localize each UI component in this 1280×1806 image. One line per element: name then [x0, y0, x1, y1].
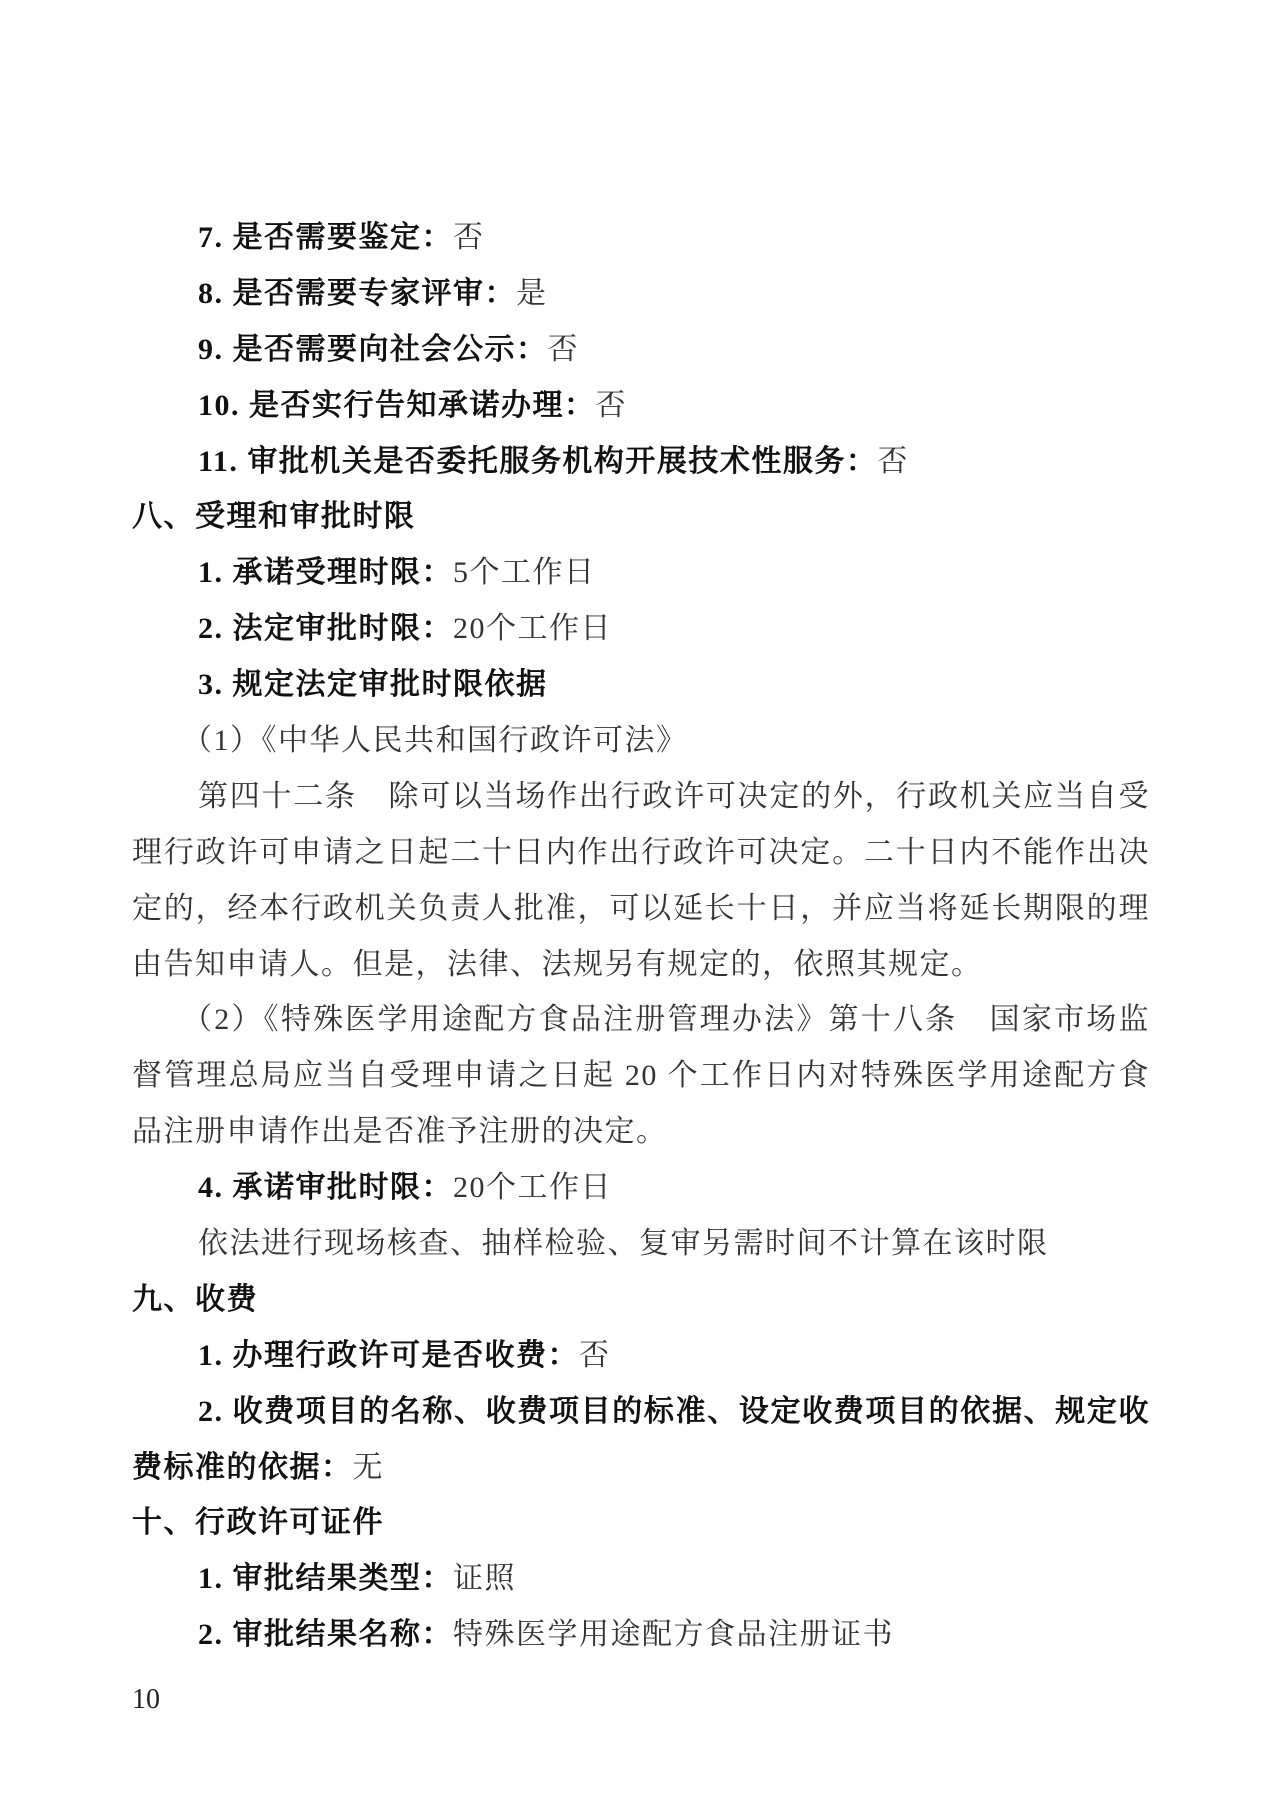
value-text: 否: [877, 445, 909, 478]
doc-line: 十、行政许可证件: [132, 1495, 1150, 1551]
label-text: 八、受理和审批时限: [132, 500, 416, 533]
label-text: 10. 是否实行告知承诺办理：: [198, 389, 596, 422]
doc-line: 2. 法定审批时限：20个工作日: [132, 601, 1150, 657]
value-text: 由告知申请人。但是，法律、法规另有规定的，依照其规定。: [132, 948, 983, 981]
doc-line: 1. 承诺受理时限：5个工作日: [132, 545, 1150, 601]
value-text: 否: [579, 1339, 611, 1372]
doc-line: 依法进行现场核查、抽样检验、复审另需时间不计算在该时限: [132, 1216, 1150, 1272]
doc-line: 九、收费: [132, 1272, 1150, 1328]
document-page: 7. 是否需要鉴定：否8. 是否需要专家评审：是9. 是否需要向社会公示：否10…: [0, 0, 1280, 1806]
label-text: 1. 办理行政许可是否收费：: [198, 1339, 579, 1372]
doc-line: 由告知申请人。但是，法律、法规另有规定的，依照其规定。: [132, 937, 1150, 993]
value-text: 依法进行现场核查、抽样检验、复审另需时间不计算在该时限: [198, 1227, 1049, 1260]
value-text: 证照: [453, 1562, 516, 1595]
value-text: 特殊医学用途配方食品注册证书: [453, 1618, 894, 1651]
label-text: 2. 法定审批时限：: [198, 612, 453, 645]
label-text: 2. 收费项目的名称、收费项目的标准、设定收费项目的依据、规定收: [198, 1395, 1150, 1428]
doc-line: 第四十二条 除可以当场作出行政许可决定的外，行政机关应当自受: [132, 769, 1150, 825]
doc-line: 2. 收费项目的名称、收费项目的标准、设定收费项目的依据、规定收: [132, 1384, 1150, 1440]
doc-line: 3. 规定法定审批时限依据: [132, 657, 1150, 713]
value-text: 无: [353, 1451, 385, 1484]
doc-line: 1. 审批结果类型：证照: [132, 1551, 1150, 1607]
doc-line: （1）《中华人民共和国行政许可法》: [132, 713, 1150, 769]
doc-line: 9. 是否需要向社会公示：否: [132, 322, 1150, 378]
doc-line: 1. 办理行政许可是否收费：否: [132, 1328, 1150, 1384]
value-text: 督管理总局应当自受理申请之日起 20 个工作日内对特殊医学用途配方食: [132, 1059, 1150, 1092]
doc-line: 费标准的依据：无: [132, 1440, 1150, 1496]
label-text: 九、收费: [132, 1283, 258, 1316]
doc-line: 定的，经本行政机关负责人批准，可以延长十日，并应当将延长期限的理: [132, 881, 1150, 937]
value-text: 否: [453, 221, 485, 254]
value-text: 20个工作日: [453, 1171, 612, 1204]
label-text: 3. 规定法定审批时限依据: [198, 668, 548, 701]
label-text: 8. 是否需要专家评审：: [198, 277, 516, 310]
doc-line: 2. 审批结果名称：特殊医学用途配方食品注册证书: [132, 1607, 1150, 1663]
label-text: 9. 是否需要向社会公示：: [198, 333, 548, 366]
label-text: 7. 是否需要鉴定：: [198, 221, 453, 254]
doc-line: 品注册申请作出是否准予注册的决定。: [132, 1104, 1150, 1160]
value-text: 5个工作日: [453, 556, 596, 589]
label-text: 费标准的依据：: [132, 1451, 353, 1484]
value-text: 第四十二条 除可以当场作出行政许可决定的外，行政机关应当自受: [198, 780, 1150, 813]
value-text: 否: [596, 389, 628, 422]
doc-line: 11. 审批机关是否委托服务机构开展技术性服务：否: [132, 434, 1150, 490]
value-text: 是: [516, 277, 548, 310]
value-text: 否: [548, 333, 580, 366]
label-text: 1. 审批结果类型：: [198, 1562, 453, 1595]
doc-line: 10. 是否实行告知承诺办理：否: [132, 378, 1150, 434]
label-text: 1. 承诺受理时限：: [198, 556, 453, 589]
label-text: 2. 审批结果名称：: [198, 1618, 453, 1651]
value-text: 定的，经本行政机关负责人批准，可以延长十日，并应当将延长期限的理: [132, 892, 1150, 925]
value-text: （2）《特殊医学用途配方食品注册管理办法》第十八条 国家市场监: [182, 1003, 1150, 1036]
document-body: 7. 是否需要鉴定：否8. 是否需要专家评审：是9. 是否需要向社会公示：否10…: [132, 210, 1150, 1663]
doc-line: 7. 是否需要鉴定：否: [132, 210, 1150, 266]
doc-line: 督管理总局应当自受理申请之日起 20 个工作日内对特殊医学用途配方食: [132, 1048, 1150, 1104]
doc-line: 理行政许可申请之日起二十日内作出行政许可决定。二十日内不能作出决: [132, 825, 1150, 881]
doc-line: （2）《特殊医学用途配方食品注册管理办法》第十八条 国家市场监: [132, 992, 1150, 1048]
label-text: 十、行政许可证件: [132, 1506, 384, 1539]
label-text: 11. 审批机关是否委托服务机构开展技术性服务：: [198, 445, 877, 478]
value-text: 品注册申请作出是否准予注册的决定。: [132, 1115, 668, 1148]
doc-line: 8. 是否需要专家评审：是: [132, 266, 1150, 322]
label-text: 4. 承诺审批时限：: [198, 1171, 453, 1204]
page-number: 10: [132, 1682, 160, 1718]
doc-line: 八、受理和审批时限: [132, 489, 1150, 545]
doc-line: 4. 承诺审批时限：20个工作日: [132, 1160, 1150, 1216]
value-text: （1）《中华人民共和国行政许可法》: [182, 724, 688, 757]
value-text: 理行政许可申请之日起二十日内作出行政许可决定。二十日内不能作出决: [132, 836, 1150, 869]
value-text: 20个工作日: [453, 612, 612, 645]
